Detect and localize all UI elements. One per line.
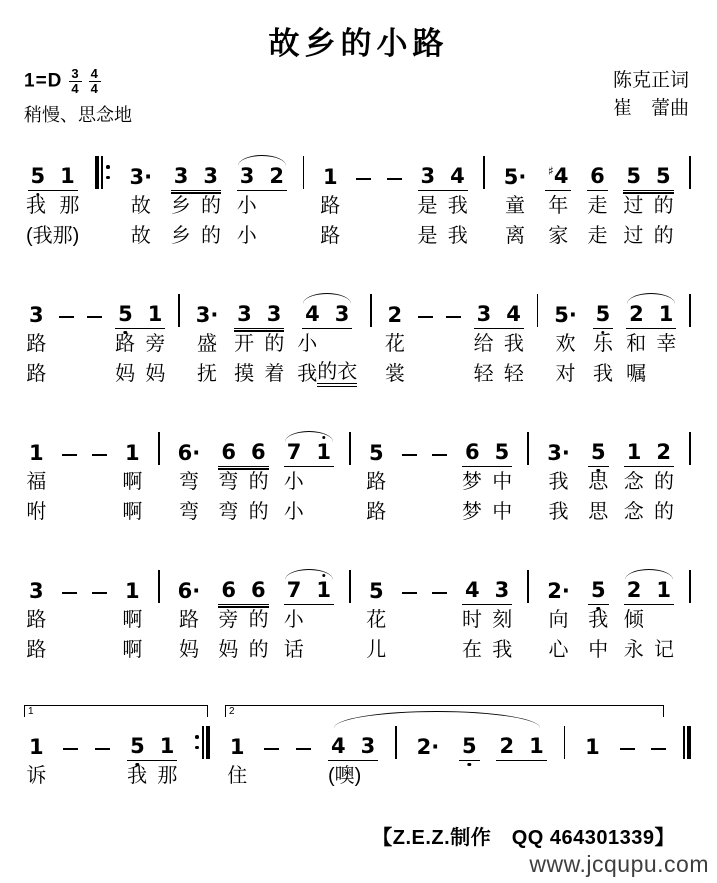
lyric-row: 话 — [284, 635, 334, 665]
note-cell: 1路路 — [320, 153, 341, 251]
time-signature-numerator: 3 — [69, 67, 81, 82]
dash-cell — [432, 429, 447, 467]
lyric-row: 花 — [366, 605, 387, 635]
repeat-dots-icon — [106, 158, 110, 186]
lyric-syllable: 旁 — [218, 610, 238, 630]
note-row: 66 — [218, 429, 268, 467]
note-digit: 1 — [59, 166, 76, 187]
beam-group: 2 — [385, 305, 406, 329]
note-cell: 2花裳 — [385, 291, 406, 389]
barline — [178, 294, 180, 329]
bar-thin-line — [158, 570, 160, 603]
note-cell: 1啊啊 — [122, 429, 143, 527]
note-digit: 6 — [464, 442, 481, 463]
note-row — [689, 153, 691, 191]
beam-group: 3 — [26, 581, 47, 605]
barline — [158, 432, 160, 467]
note-row: 3 — [26, 567, 47, 605]
barline-cell — [194, 723, 210, 761]
lyric-syllable: 小 — [284, 502, 304, 522]
barline-cell — [683, 723, 691, 761]
lyric-syllable: 诉 — [26, 766, 46, 786]
lyric-syllable: 路 — [320, 226, 340, 246]
note-cell: 2· — [414, 723, 443, 791]
beam-group: 1 — [26, 443, 47, 467]
note-cell: 5我中 — [588, 567, 609, 665]
lyric-row: 啊 — [122, 497, 143, 527]
note-row — [527, 429, 529, 467]
ending-bracket: 1 — [24, 705, 208, 717]
barline-cell — [483, 153, 485, 191]
lyric-syllable: 走 — [587, 226, 607, 246]
beam-group: 51 — [127, 736, 177, 761]
note-digit: 2· — [546, 581, 571, 602]
lyric-syllable: 弯 — [179, 472, 199, 492]
note-row — [95, 723, 110, 761]
note-digit: 1 — [315, 580, 332, 601]
lyric-row: 时刻 — [462, 605, 512, 635]
dash-cell — [402, 429, 417, 467]
beam-group: 71 — [284, 442, 334, 467]
lyric-syllable: 给 — [474, 334, 494, 354]
note-row: 51 — [28, 153, 78, 191]
beam-group: 3· — [544, 443, 573, 467]
dash-cell — [418, 291, 433, 329]
note-row — [349, 429, 351, 467]
note-digit: 1 — [528, 736, 545, 757]
barline — [564, 726, 566, 761]
barline — [689, 432, 691, 467]
note-digit: 2 — [655, 442, 672, 463]
note-digit: 1 — [322, 167, 339, 188]
lyric-syllable: 离 — [505, 226, 525, 246]
barline-cell — [95, 153, 111, 191]
note-cell: 5乐我 — [593, 291, 614, 389]
lyric-syllable: 嘱 — [626, 364, 646, 384]
note-row — [446, 291, 461, 329]
lyric-row — [496, 761, 546, 791]
lyric-row: 小 — [297, 329, 357, 359]
lyric-row: 路 — [366, 497, 387, 527]
note-row: 6 — [587, 153, 608, 191]
bar-thin-line — [527, 570, 529, 603]
lyric-row — [582, 761, 603, 791]
note-digit: 6 — [220, 580, 237, 601]
note-row: 2· — [544, 567, 573, 605]
note-cell: 5路路 — [366, 429, 387, 527]
lyric-row: 欢 — [551, 329, 580, 359]
music-system: 1福咐1啊啊6·弯弯66弯的弯的71小小5路路65梦中梦中3·我我5思思12念的… — [26, 429, 691, 527]
note-row: 1 — [122, 429, 143, 467]
lyric-row: 我 — [593, 359, 614, 389]
beam-group: 51 — [28, 166, 78, 191]
repeat-dot-icon — [106, 165, 110, 169]
lyric-row: 故 — [127, 191, 156, 221]
beam-group: 5 — [588, 442, 609, 467]
music-system: 3路路1啊啊6·路妈66旁的妈的71小话5花儿43时刻在我2·向心5我中21倾永… — [26, 567, 691, 665]
repeat-dot-icon — [195, 746, 199, 750]
note-cell: 3·盛抚 — [193, 291, 222, 389]
bar-thin-line — [395, 726, 397, 759]
note-row: 71 — [284, 567, 334, 605]
note-row: 3· — [544, 429, 573, 467]
duration-dash — [651, 748, 666, 750]
note-digit: 3 — [239, 166, 256, 187]
note-row — [63, 723, 78, 761]
lyric-row: 念的 — [624, 497, 674, 527]
lyric-syllable: 对 — [556, 364, 576, 384]
duration-dash — [387, 178, 402, 180]
dash-cell — [92, 567, 107, 605]
lyric-row: 旁的 — [218, 605, 268, 635]
song-title: 故乡的小路 — [24, 18, 693, 63]
barline-cell — [689, 291, 691, 329]
dash-cell — [87, 291, 102, 329]
lyric-row: 摸着 — [234, 359, 284, 389]
note-cell: 6·弯弯 — [175, 429, 204, 527]
note-digit: 4 — [505, 304, 522, 325]
note-digit: 5 — [117, 304, 134, 325]
note-cell: 2·向心 — [544, 567, 573, 665]
note-digit: 3 — [236, 304, 253, 325]
beam-group: 32 — [237, 166, 287, 191]
time-signature-denominator: 4 — [69, 82, 81, 96]
barline-cell — [158, 567, 160, 605]
header-meta: 1=D3444 稍慢、思念地 陈克正词 崔 蕾曲 — [24, 67, 693, 127]
lyric-row: 思 — [588, 497, 609, 527]
lyric-syllable: 花 — [385, 334, 405, 354]
barline — [527, 570, 529, 605]
lyric-row: (噢) — [328, 761, 378, 791]
lyric-syllable: 的 — [249, 610, 269, 630]
lyric-syllable: 住 — [227, 766, 247, 786]
lyric-syllable: (噢) — [328, 766, 361, 786]
high-octave-dot — [322, 436, 325, 439]
note-row: 12 — [624, 429, 674, 467]
note-row: 33 — [234, 291, 284, 329]
note-cell: 32小小 — [237, 153, 287, 251]
note-row: 66 — [218, 567, 268, 605]
lyric-row: 永记 — [624, 635, 674, 665]
lyric-row: 裳 — [385, 359, 406, 389]
lyric-row: 我那 — [127, 761, 177, 791]
lyric-syllable: 小 — [297, 334, 317, 354]
note-cell: 43(噢) — [328, 723, 378, 791]
beam-group: 1 — [122, 443, 143, 467]
duration-dash — [87, 316, 102, 318]
lyric-syllable: 路 — [26, 610, 46, 630]
note-row: 5 — [459, 723, 480, 761]
note-cell: 71小小 — [284, 429, 334, 527]
note-row: 5 — [366, 567, 387, 605]
note-cell: 71小话 — [284, 567, 334, 665]
lyric-row: 年 — [545, 191, 571, 221]
bar-thin-line — [483, 156, 485, 189]
lyric-syllable: 弯 — [218, 472, 238, 492]
lyric-row: 啊 — [122, 635, 143, 665]
repeat-dot-icon — [195, 735, 199, 739]
bar-thin-line — [689, 432, 691, 465]
note-cell: 21倾永记 — [624, 567, 674, 665]
barline — [537, 294, 539, 329]
note-row: 1 — [582, 723, 603, 761]
barline — [158, 570, 160, 605]
lyric-row: 乡的 — [171, 191, 221, 221]
note-row: 5 — [366, 429, 387, 467]
lyric-syllable: 倾 — [624, 610, 644, 630]
note-digit: 1 — [159, 736, 176, 757]
note-row — [349, 567, 351, 605]
lyric-syllable: 花 — [366, 610, 386, 630]
barline-cell — [527, 429, 529, 467]
note-row — [402, 567, 417, 605]
time-signature-denominator: 4 — [89, 82, 101, 96]
barline-cell — [303, 153, 305, 191]
lyric-syllable: 家 — [548, 226, 568, 246]
dash-cell — [95, 723, 110, 761]
repeat-start-barline — [95, 156, 111, 191]
lyric-syllable: 故 — [131, 196, 151, 216]
note-digit: 2 — [498, 736, 515, 757]
note-cell: 3·故故 — [127, 153, 156, 251]
bar-thin-line — [349, 570, 351, 603]
lyric-syllable: 盛 — [197, 334, 217, 354]
lyric-row: 向 — [544, 605, 573, 635]
note-digit: 6 — [250, 442, 267, 463]
note-digit: 4 — [464, 580, 481, 601]
note-digit: 1 — [584, 737, 601, 758]
beam-group: 2· — [414, 737, 443, 761]
lyric-syllable: 那 — [59, 196, 79, 216]
lyric-row: 儿 — [366, 635, 387, 665]
note-digit: 3 — [334, 304, 351, 325]
note-digit: 2· — [416, 737, 441, 758]
lyric-syllable: 裳 — [385, 364, 405, 384]
barline-cell — [349, 567, 351, 605]
lyric-row: 是我 — [418, 191, 468, 221]
lyric-row: 诉 — [26, 761, 47, 791]
lyric-syllable: 我 — [504, 334, 524, 354]
lyric-row: 啊 — [122, 605, 143, 635]
lyric-syllable: 欢 — [556, 334, 576, 354]
note-digit: 1 — [658, 304, 675, 325]
note-row — [564, 723, 566, 761]
note-digit: 6 — [220, 442, 237, 463]
note-digit: 3· — [546, 443, 571, 464]
bar-thick-line — [206, 726, 210, 759]
duration-dash — [62, 454, 77, 456]
lyric-row: 心 — [544, 635, 573, 665]
key-signature: 1=D3444 — [24, 67, 132, 95]
note-cell: 6走走 — [587, 153, 608, 251]
lyric-syllable: 故 — [131, 226, 151, 246]
lyric-syllable: 的 — [654, 226, 674, 246]
note-row: 65 — [462, 429, 512, 467]
lyric-syllable: 刻 — [492, 610, 512, 630]
note-cell: 5 — [459, 723, 480, 791]
dash-cell — [296, 723, 311, 761]
note-row: 21 — [626, 291, 676, 329]
note-row: 1 — [320, 153, 341, 191]
lyric-syllable: 啊 — [122, 640, 142, 660]
lyric-syllable: 妈 — [115, 364, 135, 384]
lyric-syllable: 年 — [548, 196, 568, 216]
note-cell: 33开的摸着 — [234, 291, 284, 389]
beam-group: 5· — [551, 305, 580, 329]
tempo-marking: 稍慢、思念地 — [24, 101, 132, 127]
note-row: 2 — [385, 291, 406, 329]
lyric-row: 嘱 — [626, 359, 676, 389]
note-row — [432, 567, 447, 605]
lyric-syllable: 梦 — [462, 502, 482, 522]
duration-dash — [432, 454, 447, 456]
duration-dash — [402, 454, 417, 456]
note-row: 5· — [501, 153, 530, 191]
music-system: 1诉51我那1住43(噢)2·521112 — [26, 705, 691, 791]
lyric-syllable: 话 — [284, 640, 304, 660]
music-system: 51我那(我那)3·故故33乡的乡的32小小1路路34是我是我5·童离♯4年家6… — [26, 153, 691, 251]
lyric-syllable: 中 — [588, 640, 608, 660]
barline — [689, 570, 691, 605]
note-row — [395, 723, 397, 761]
note-digit: 4 — [449, 166, 466, 187]
lyric-syllable: 在 — [462, 640, 482, 660]
note-row: 1 — [227, 723, 248, 761]
note-row — [62, 567, 77, 605]
note-digit: 1 — [229, 737, 246, 758]
dash-cell — [62, 429, 77, 467]
note-digit: 1 — [28, 737, 45, 758]
lyric-row: 过的 — [623, 221, 673, 251]
beam-group: 1 — [122, 581, 143, 605]
beam-group: 21 — [496, 736, 546, 761]
note-row — [527, 567, 529, 605]
note-cell: 21 — [496, 723, 546, 791]
lyric-syllable: 思 — [588, 472, 608, 492]
beam-group: 6 — [587, 166, 608, 191]
note-row — [387, 153, 402, 191]
beam-group: 66 — [218, 442, 268, 467]
note-digit: 6· — [177, 581, 202, 602]
bar-thick-line — [95, 156, 99, 189]
lyric-syllable: 弯 — [179, 502, 199, 522]
beam-group: 5 — [366, 443, 387, 467]
lyric-row: 妈妈 — [115, 359, 165, 389]
lyric-row: 小 — [237, 191, 287, 221]
duration-dash — [296, 748, 311, 750]
lyric-row: 过的 — [623, 191, 673, 221]
lyric-syllable: 路 — [179, 610, 199, 630]
dash-cell — [432, 567, 447, 605]
note-digit: 5· — [503, 167, 528, 188]
lyric-syllable: 的 — [249, 502, 269, 522]
beam-group: 34 — [418, 166, 468, 191]
note-cell: 5·欢对 — [551, 291, 580, 389]
note-cell: 5花儿 — [366, 567, 387, 665]
note-digit: 1 — [147, 304, 164, 325]
note-digit: 3 — [266, 304, 283, 325]
bar-thin-line — [689, 294, 691, 327]
lyric-syllable: 我 — [127, 766, 147, 786]
lyric-row: 家 — [545, 221, 571, 251]
barline-cell — [527, 567, 529, 605]
duration-dash — [432, 592, 447, 594]
note-row — [689, 429, 691, 467]
bar-thick-line — [687, 726, 691, 759]
note-digit: 6 — [589, 166, 606, 187]
beam-group: 43 — [302, 304, 352, 329]
lyric-row: 乡的 — [171, 221, 221, 251]
note-row — [651, 723, 666, 761]
beam-group: 21 — [624, 580, 674, 605]
note-row — [62, 429, 77, 467]
beam-group: 3 — [26, 305, 47, 329]
lyric-row: 我 — [544, 467, 573, 497]
lyric-syllable: 抚 — [197, 364, 217, 384]
note-row — [303, 153, 305, 191]
lyric-row: 路 — [366, 467, 387, 497]
note-digit: 3 — [360, 736, 377, 757]
dash-cell — [92, 429, 107, 467]
note-row: 5 — [588, 429, 609, 467]
barline — [689, 156, 691, 191]
sharp-icon: ♯ — [548, 164, 554, 178]
note-row — [158, 429, 160, 467]
barline-cell — [689, 567, 691, 605]
lyric-row: 弯 — [175, 497, 204, 527]
note-digit: 3 — [494, 580, 511, 601]
lyric-syllable: 啊 — [122, 610, 142, 630]
dash-cell — [62, 567, 77, 605]
beam-group: 43 — [328, 736, 378, 761]
barline-cell — [158, 429, 160, 467]
barline — [483, 156, 485, 191]
note-row: 32 — [237, 153, 287, 191]
beam-group: 5 — [459, 736, 480, 761]
note-row — [158, 567, 160, 605]
maker-credit: 【Z.E.Z.制作 QQ 464301339】 — [24, 821, 675, 850]
barline-cell — [537, 291, 539, 329]
beam-group: 33 — [234, 304, 284, 329]
dash-cell — [387, 153, 402, 191]
final-barline — [683, 726, 691, 761]
lyric-syllable: 咐 — [26, 502, 46, 522]
website-watermark: www.jcqupu.com — [529, 851, 709, 878]
note-cell: 6·路妈 — [175, 567, 204, 665]
note-row: 5 — [588, 567, 609, 605]
lyric-row: 抚 — [193, 359, 222, 389]
note-row — [296, 723, 311, 761]
note-row: 1 — [26, 429, 47, 467]
lyric-syllable: 路 — [320, 196, 340, 216]
ending-number: 2 — [229, 706, 235, 717]
note-row: 6· — [175, 567, 204, 605]
note-row: 34 — [474, 291, 524, 329]
repeat-end-barline — [194, 726, 210, 761]
note-digit: 6 — [250, 580, 267, 601]
note-row — [483, 153, 485, 191]
beam-group: ♯4 — [545, 166, 571, 191]
note-row: 33 — [171, 153, 221, 191]
note-cell: 51我那(我那) — [26, 153, 79, 251]
note-digit: 7 — [286, 580, 303, 601]
note-cell: 3·我我 — [544, 429, 573, 527]
score: 51我那(我那)3·故故33乡的乡的32小小1路路34是我是我5·童离♯4年家6… — [24, 153, 693, 791]
lyric-syllable: 路 — [366, 502, 386, 522]
bar-thin-line — [537, 294, 539, 327]
beam-group: 1 — [26, 737, 47, 761]
barline — [395, 726, 397, 761]
